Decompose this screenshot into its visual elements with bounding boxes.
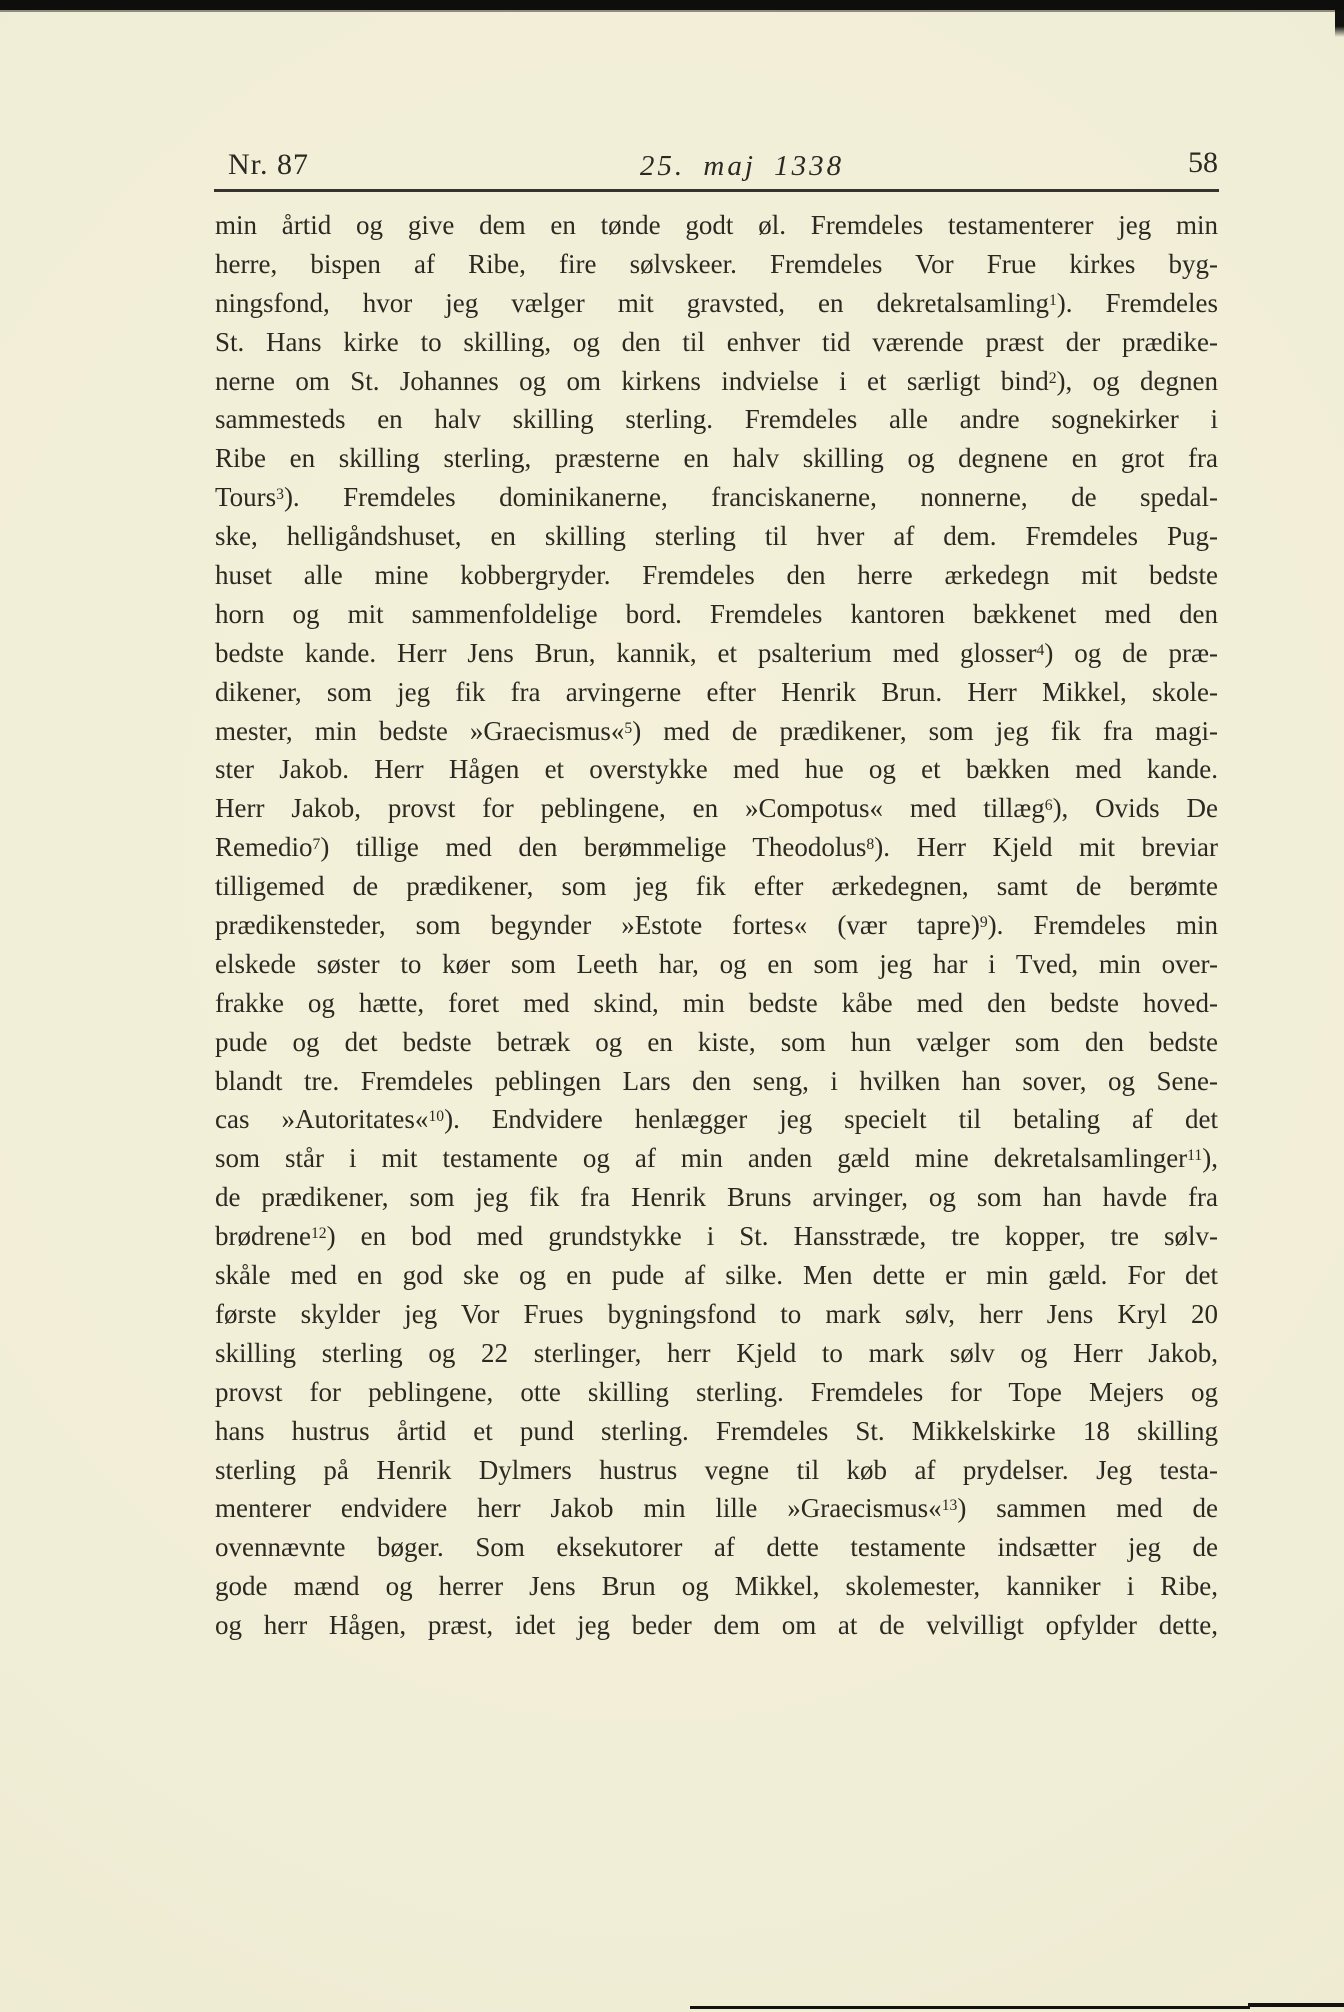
footnote-marker: 12 [311, 1225, 327, 1242]
footnote-marker: 8 [866, 836, 874, 853]
footnote-marker: 9 [980, 914, 988, 931]
text-line: som står i mit testamente og af min ande… [215, 1139, 1218, 1178]
footnote-marker: 6 [1045, 797, 1053, 814]
header-rule [214, 189, 1219, 192]
text-line: skilling sterling og 22 sterlinger, herr… [215, 1334, 1218, 1373]
page-number: 58 [1120, 146, 1218, 180]
footnote-marker: 10 [428, 1108, 444, 1125]
text-line: ningsfond, hvor jeg vælger mit gravsted,… [215, 284, 1218, 323]
text-line: nerne om St. Johannes og om kirkens indv… [215, 362, 1218, 401]
scan-artifact-bottom-line [690, 2006, 1250, 2009]
text-line: ske, helligåndshuset, en skilling sterli… [215, 517, 1218, 556]
footnote-marker: 5 [624, 720, 632, 737]
text-line: hans hustrus årtid et pund sterling. Fre… [215, 1412, 1218, 1451]
scanned-book-page: Nr. 87 25. maj 1338 58 min årtid og give… [0, 0, 1344, 2012]
text-line: brødrene12) en bod med grundstykke i St.… [215, 1217, 1218, 1256]
scan-artifact-right-edge [1335, 10, 1344, 37]
text-line: min årtid og give dem en tønde godt øl. … [215, 206, 1218, 245]
text-line: pude og det bedste betræk og en kiste, s… [215, 1023, 1218, 1062]
text-line: dikener, som jeg fik fra arvingerne efte… [215, 673, 1218, 712]
text-line: Ribe en skilling sterling, præsterne en … [215, 439, 1218, 478]
text-line: St. Hans kirke to skilling, og den til e… [215, 323, 1218, 362]
text-line: Tours3). Fremdeles dominikanerne, franci… [215, 478, 1218, 517]
text-line: provst for peblingene, otte skilling ste… [215, 1373, 1218, 1412]
footnote-marker: 4 [1037, 642, 1045, 659]
text-line: herre, bispen af Ribe, fire sølvskeer. F… [215, 245, 1218, 284]
scan-artifact-top-bar [0, 0, 1344, 12]
text-line: frakke og hætte, foret med skind, min be… [215, 984, 1218, 1023]
text-line: sammesteds en halv skilling sterling. Fr… [215, 400, 1218, 439]
document-date: 25. maj 1338 [640, 150, 844, 183]
text-line: tilligemed de prædikener, som jeg fik ef… [215, 867, 1218, 906]
footnote-marker: 13 [942, 1497, 958, 1514]
footnote-marker: 7 [312, 836, 320, 853]
text-line: gode mænd og herrer Jens Brun og Mikkel,… [215, 1567, 1218, 1606]
text-line: Remedio7) tillige med den berømmelige Th… [215, 828, 1218, 867]
text-line: menterer endvidere herr Jakob min lille … [215, 1489, 1218, 1528]
document-number: Nr. 87 [228, 148, 309, 182]
text-line: cas »Autoritates«10). Endvidere henlægge… [215, 1100, 1218, 1139]
text-line: elskede søster to køer som Leeth har, og… [215, 945, 1218, 984]
text-line: bedste kande. Herr Jens Brun, kannik, et… [215, 634, 1218, 673]
text-line: skåle med en god ske og en pude af silke… [215, 1256, 1218, 1295]
text-line: og herr Hågen, præst, idet jeg beder dem… [215, 1606, 1218, 1645]
text-line: prædikensteder, som begynder »Estote for… [215, 906, 1218, 945]
text-line: sterling på Henrik Dylmers hustrus vegne… [215, 1451, 1218, 1490]
footnote-marker: 2 [1049, 370, 1057, 387]
footnote-marker: 3 [276, 486, 284, 503]
text-line: Herr Jakob, provst for peblingene, en »C… [215, 789, 1218, 828]
footnote-marker: 11 [1187, 1147, 1202, 1164]
text-line: horn og mit sammenfoldelige bord. Fremde… [215, 595, 1218, 634]
scan-artifact-bottom-line-right [1248, 2003, 1344, 2007]
text-line: mester, min bedste »Graecismus«5) med de… [215, 712, 1218, 751]
footnote-marker: 1 [1049, 292, 1057, 309]
text-line: første skylder jeg Vor Frues bygningsfon… [215, 1295, 1218, 1334]
text-line: huset alle mine kobbergryder. Fremdeles … [215, 556, 1218, 595]
body-text: min årtid og give dem en tønde godt øl. … [215, 206, 1218, 1645]
text-line: de prædikener, som jeg fik fra Henrik Br… [215, 1178, 1218, 1217]
text-line: ster Jakob. Herr Hågen et overstykke med… [215, 750, 1218, 789]
text-line: ovennævnte bøger. Som eksekutorer af det… [215, 1528, 1218, 1567]
text-line: blandt tre. Fremdeles peblingen Lars den… [215, 1062, 1218, 1101]
